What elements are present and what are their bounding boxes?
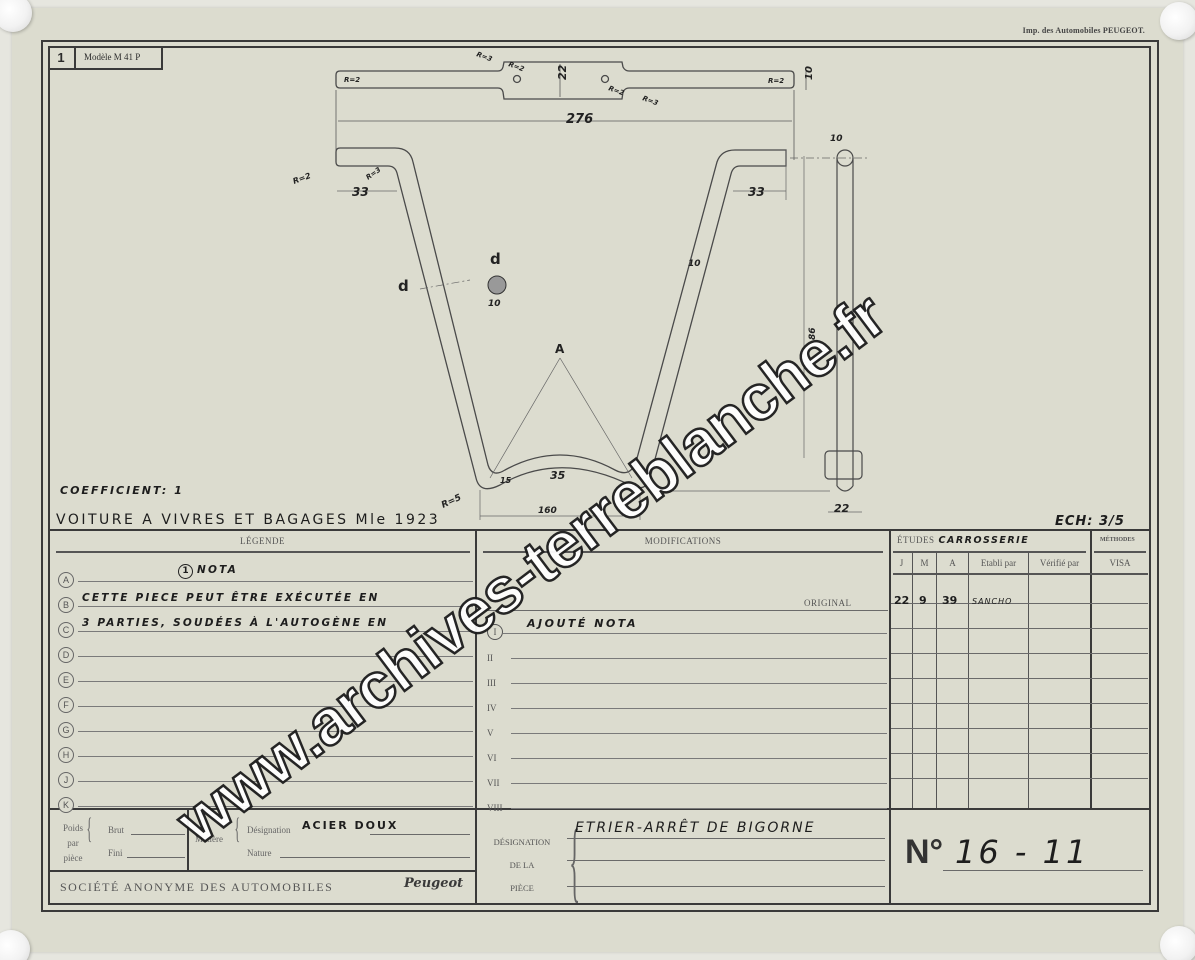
modification-line [511,785,887,809]
svg-text:35: 35 [550,469,566,482]
part-designation-label-3: PIÈCE [487,877,557,900]
legend-line [78,733,473,757]
fini-input-line [127,857,185,858]
svg-text:10: 10 [804,66,815,80]
legend-row-d: D [58,633,473,657]
col-divider [1028,553,1029,808]
brace-icon: { [86,812,92,846]
etudes-row-rule [891,703,1148,704]
legend-row-f: F [58,683,473,707]
svg-text:33: 33 [748,185,765,199]
nature-input-line [280,857,470,858]
svg-text:R=3: R=3 [475,50,493,63]
col-m: M [913,558,936,568]
etudes-row-rule [891,678,1148,679]
brut-input-line [131,834,185,835]
etudes-row-rule [891,753,1148,754]
col-j: J [891,558,912,568]
svg-text:33: 33 [352,185,369,199]
modification-row-8: VIII [487,785,887,809]
svg-text:15: 15 [500,476,512,485]
modification-row-1: I AJOUTÉ NOTA [487,610,887,634]
modification-line [511,685,887,709]
designation-label: Désignation [247,825,291,835]
legend-row-k: K [58,783,473,807]
svg-text:22: 22 [834,502,850,515]
legend-line [78,708,473,732]
vehicle-title: VOITURE A VIVRES ET BAGAGES Mle 1923 [56,512,440,528]
legend-letter: K [58,797,74,813]
technical-drawing: 276 22 10 R=2 R=2 R=3 R=2 R=2 R=3 33 33 … [0,0,1195,960]
established-by: SANCHO [972,597,1012,606]
modification-row-4: IV [487,685,887,709]
material-value: ACIER DOUX [302,819,398,832]
methodes-divider [1090,529,1092,809]
legend-text: 1NOTA [178,564,238,579]
legend-line: 1NOTA [78,558,473,582]
col-etabli-par: Etabli par [969,558,1028,568]
modification-row-7: VII [487,760,887,784]
divider-mods-etudes [889,529,891,905]
etudes-row-rule [891,728,1148,729]
weight-label-1: Poids [60,821,86,836]
part-designation-label-2: DE LA [487,854,557,877]
modification-row-6: VI [487,735,887,759]
weight-label-2: par [60,836,86,851]
part-designation-value: ETRIER-ARRÊT DE BIGORNE [575,820,815,836]
etudes-heading: ÉTUDESCARROSSERIE [897,535,1029,546]
modification-line [511,760,887,784]
part-number-value: 16 - 11 [955,833,1089,871]
date-month: 9 [919,594,927,607]
col-visa: VISA [1092,558,1148,568]
modifications-heading-rule [483,551,883,553]
svg-text:160: 160 [538,506,557,516]
weight-label: Poids par pièce [60,821,86,866]
peugeot-logo: Peugeot [404,876,463,891]
svg-text:R=2: R=2 [768,77,784,85]
company-name: SOCIÉTÉ ANONYME DES AUTOMOBILES [60,880,333,895]
divider-legend-mods [475,529,477,905]
note-marker-icon: 1 [178,564,193,579]
col-divider [936,553,937,808]
svg-text:10: 10 [688,259,701,269]
weight-label-3: pièce [60,851,86,866]
original-label: ORIGINAL [804,598,852,608]
svg-text:10: 10 [830,134,843,144]
designation-line [567,838,885,839]
part-designation-label-1: DÉSIGNATION [487,831,557,854]
svg-text:d: d [490,250,501,268]
nature-label: Nature [247,848,272,858]
part-number-label: N° [905,833,943,872]
legend-row-c: C 3 PARTIES, SOUDÉES À L'AUTOGÈNE EN [58,608,473,632]
etudes-row-rule [891,628,1148,629]
date-year: 39 [942,594,957,607]
svg-text:10: 10 [488,299,501,309]
svg-text:86: 86 [808,327,818,340]
legend-row-b: B CETTE PIECE PEUT ÊTRE EXÉCUTÉE EN [58,583,473,607]
svg-text:d: d [398,277,409,295]
col-divider [912,553,913,808]
modifications-heading: MODIFICATIONS [477,536,889,546]
legend-row-e: E [58,658,473,682]
methodes-heading: MÉTHODES [1100,537,1135,543]
weight-fini-label: Fini [108,848,123,858]
legend-row-j: J [58,758,473,782]
etudes-row-rule [891,603,1148,604]
col-verifie-par: Vérifié par [1029,558,1090,568]
brace-icon: { [234,812,240,846]
designation-line [567,886,885,887]
svg-text:A: A [555,342,565,356]
title-block-top-border [50,529,1150,531]
legend-heading-rule [56,551,470,553]
modification-line: AJOUTÉ NOTA [503,610,887,634]
col-divider [968,553,969,808]
etudes-label: ÉTUDES [897,535,935,545]
legend-line [78,633,473,657]
etudes-col-rule [893,573,1148,575]
svg-text:276: 276 [566,112,593,127]
coefficient-label: COEFFICIENT: 1 [60,484,184,497]
etudes-row-rule [891,653,1148,654]
legend-heading: LÉGENDE [50,536,475,546]
legend-text: 3 PARTIES, SOUDÉES À L'AUTOGÈNE EN [82,617,388,629]
scale-label: ECH: 3/5 [1055,514,1125,529]
legend-line [78,758,473,782]
svg-text:R=3: R=3 [641,94,659,107]
legend-line: CETTE PIECE PEUT ÊTRE EXÉCUTÉE EN [78,583,473,607]
modification-row-5: V [487,710,887,734]
date-day: 22 [894,594,909,607]
etudes-department: CARROSSERIE [939,535,1030,546]
company-row-border [50,870,475,872]
modification-line [511,735,887,759]
designation-input-line [370,834,470,835]
modification-row-2: II [487,635,887,659]
modification-line [511,660,887,684]
modification-text: AJOUTÉ NOTA [527,617,638,630]
svg-text:R=2: R=2 [607,84,625,97]
etudes-heading-rule [893,551,1086,553]
part-number-line [943,870,1143,871]
legend-row-h: H [58,733,473,757]
modification-line [511,710,887,734]
svg-text:R=2: R=2 [292,171,313,186]
material-label: Matière [195,834,223,844]
modification-num: VIII [487,803,511,813]
legend-line [78,783,473,807]
legend-line [78,658,473,682]
svg-text:R=5: R=5 [440,493,463,511]
legend-line [78,683,473,707]
legend-text: CETTE PIECE PEUT ÊTRE EXÉCUTÉE EN [82,592,379,604]
etudes-row-rule [891,778,1148,779]
legend-row-g: G [58,708,473,732]
methodes-heading-rule [1094,551,1146,553]
weight-brut-label: Brut [108,825,124,835]
legend-row-a: A 1NOTA [58,558,473,582]
svg-text:22: 22 [556,64,569,80]
svg-text:R=2: R=2 [344,76,360,84]
legend-line: 3 PARTIES, SOUDÉES À L'AUTOGÈNE EN [78,608,473,632]
legend-text-value: NOTA [197,564,238,576]
col-a: A [937,558,968,568]
designation-line [567,860,885,861]
modification-row-3: III [487,660,887,684]
modification-line [511,635,887,659]
svg-text:R=3: R=3 [365,166,383,182]
weight-divider [187,808,189,870]
part-designation-label: DÉSIGNATION DE LA PIÈCE [487,831,557,900]
